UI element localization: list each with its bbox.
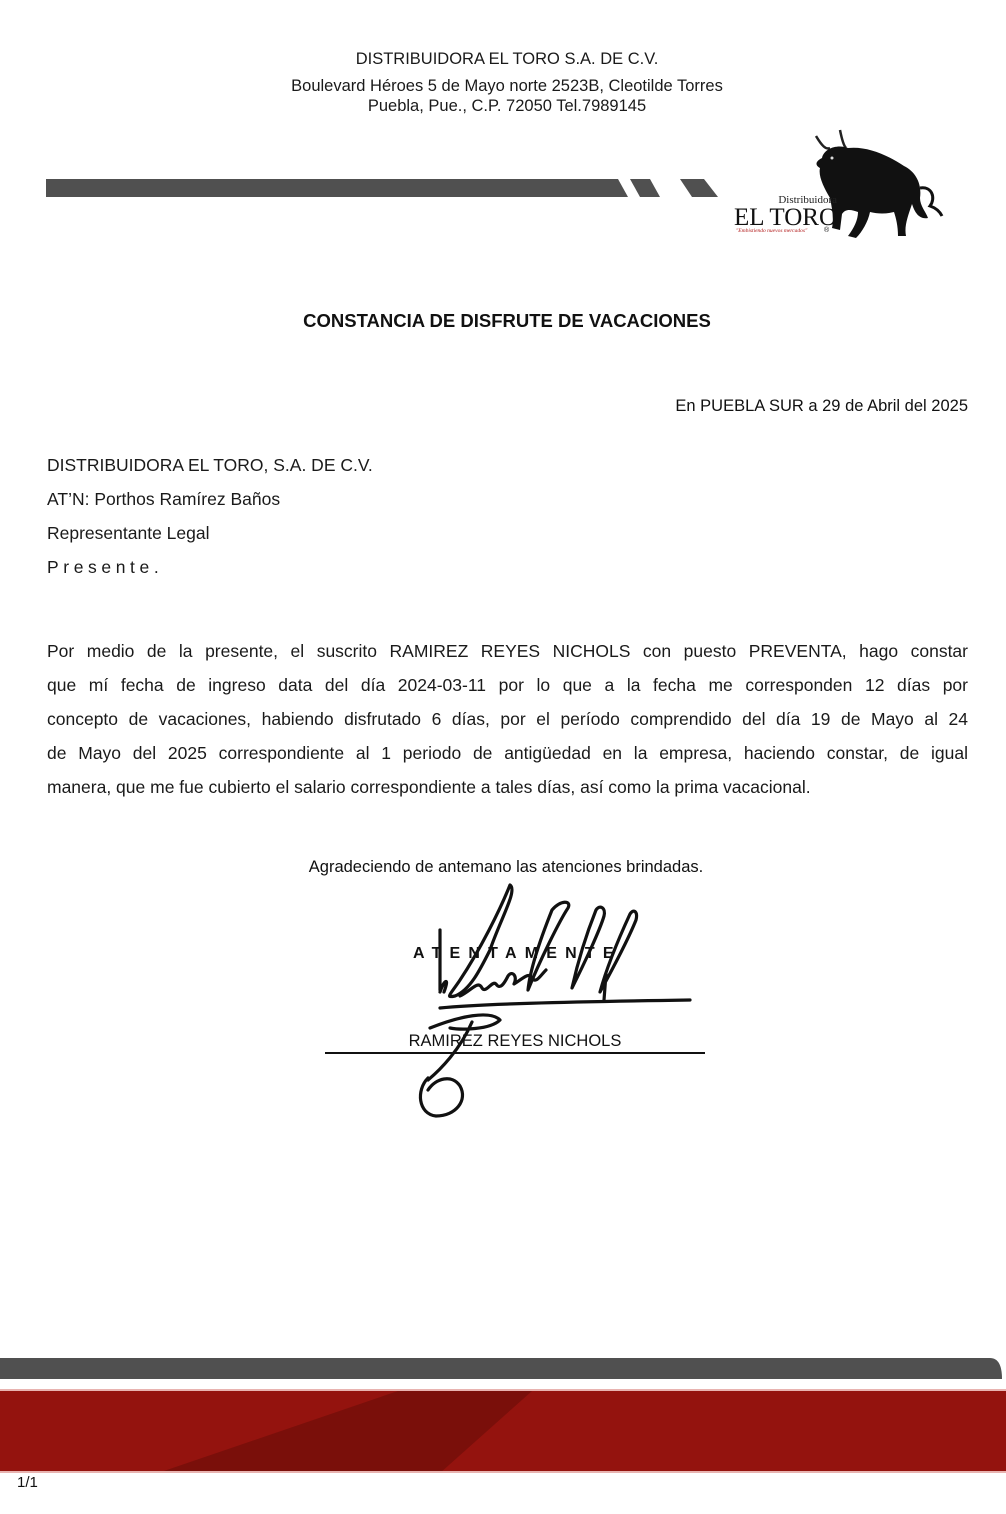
recipient-role: Representante Legal — [47, 523, 209, 544]
body-line: que mí fecha de ingreso data del día 202… — [47, 668, 968, 702]
footer-gray-bar — [0, 1355, 1006, 1381]
recipient-presente: Presente. — [47, 557, 163, 578]
company-name-header: DISTRIBUIDORA EL TORO S.A. DE C.V. — [0, 49, 1006, 69]
recipient-attention: AT’N: Porthos Ramírez Baños — [47, 489, 280, 510]
company-address-line1: Boulevard Héroes 5 de Mayo norte 2523B, … — [0, 76, 1006, 96]
body-line: concepto de vacaciones, habiendo disfrut… — [47, 702, 968, 736]
body-line: Por medio de la presente, el suscrito RA… — [47, 634, 968, 668]
header-decorative-bar — [46, 177, 726, 199]
body-line: de Mayo del 2025 correspondiente al 1 pe… — [47, 736, 968, 770]
recipient-company: DISTRIBUIDORA EL TORO, S.A. DE C.V. — [47, 455, 373, 476]
company-address-line2: Puebla, Pue., C.P. 72050 Tel.7989145 — [0, 96, 1006, 116]
body-paragraph: Por medio de la presente, el suscrito RA… — [47, 634, 968, 804]
registered-icon: ® — [824, 227, 829, 234]
closing-text: Agradeciendo de antemano las atenciones … — [0, 858, 1006, 877]
body-line: manera, que me fue cubierto el salario c… — [47, 770, 968, 804]
company-logo: Distribuidora EL TORO "Embistiendo nuevo… — [732, 128, 944, 248]
handwritten-signature — [400, 880, 700, 1120]
place-and-date: En PUEBLA SUR a 29 de Abril del 2025 — [675, 397, 968, 416]
page-indicator: 1/1 — [17, 1474, 38, 1491]
footer-red-band — [0, 1389, 1006, 1473]
logo-slogan: "Embistiendo nuevos mercados" — [736, 228, 807, 234]
document-title: CONSTANCIA DE DISFRUTE DE VACACIONES — [0, 310, 1006, 332]
